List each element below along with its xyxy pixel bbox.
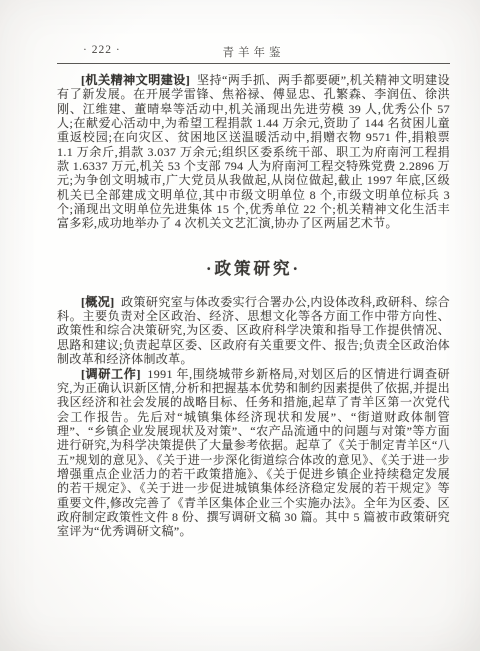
scanned-page: · 222 · 青羊年鉴 [机关精神文明建设]坚持“两手抓、两手都要硬”,机关精… xyxy=(0,0,480,651)
paragraph-text: 坚持“两手抓、两手都要硬”,机关精神文明建设有了新发展。在开展学雷锋、焦裕禄、傅… xyxy=(57,73,450,230)
paragraph-organ-civilization: [机关精神文明建设]坚持“两手抓、两手都要硬”,机关精神文明建设有了新发展。在开… xyxy=(57,73,450,231)
paragraph-text: 1991 年,围绕城带乡新格局,对划区后的区情进行调查研究,为正确认识新区情,分… xyxy=(57,367,450,539)
section-title-policy-research: ·政策研究· xyxy=(57,255,450,279)
page-content: · 222 · 青羊年鉴 [机关精神文明建设]坚持“两手抓、两手都要硬”,机关精… xyxy=(57,44,450,539)
page-header: · 222 · 青羊年鉴 xyxy=(57,44,450,61)
paragraph-label: [调研工作] xyxy=(81,367,141,381)
paragraph-research-work: [调研工作]1991 年,围绕城带乡新格局,对划区后的区情进行调查研究,为正确认… xyxy=(57,367,450,539)
paragraph-text: 政策研究室与体改委实行合署办公,内设体改科,政研科、综合科。主要负责对全区政治、… xyxy=(57,295,450,366)
header-rule xyxy=(57,63,450,64)
paragraph-overview: [概况]政策研究室与体改委实行合署办公,内设体改科,政研科、综合科。主要负责对全… xyxy=(57,295,450,367)
body-text: [机关精神文明建设]坚持“两手抓、两手都要硬”,机关精神文明建设有了新发展。在开… xyxy=(57,73,450,539)
paragraph-label: [机关精神文明建设] xyxy=(81,73,190,87)
paragraph-label: [概况] xyxy=(81,295,115,309)
book-title: 青羊年鉴 xyxy=(57,44,450,60)
